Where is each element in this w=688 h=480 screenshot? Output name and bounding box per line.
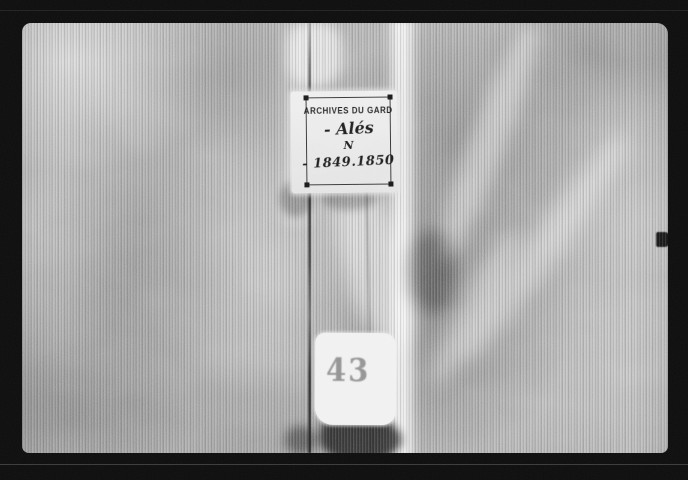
scanned-register-cover-photo: ARCHIVES DU GARD - Alés N - 1849.1850 43 <box>0 0 688 480</box>
archive-label-series: N <box>343 140 353 151</box>
archive-label: ARCHIVES DU GARD - Alés N - 1849.1850 <box>290 90 398 193</box>
label-corner-dot <box>388 181 393 186</box>
archive-label-years: - 1849.1850 <box>302 154 395 171</box>
label-corner-dot <box>304 182 309 187</box>
label-corner-dot <box>388 94 393 99</box>
archive-label-header: ARCHIVES DU GARD <box>304 106 393 116</box>
number-label: 43 <box>315 333 397 426</box>
number-label-value: 43 <box>326 354 371 386</box>
scratch-line <box>0 10 688 11</box>
archive-label-border: ARCHIVES DU GARD - Alés N - 1849.1850 <box>306 97 392 186</box>
label-corner-dot <box>304 95 309 100</box>
scratch-line <box>0 464 688 465</box>
archive-label-commune: - Alés <box>323 120 374 138</box>
